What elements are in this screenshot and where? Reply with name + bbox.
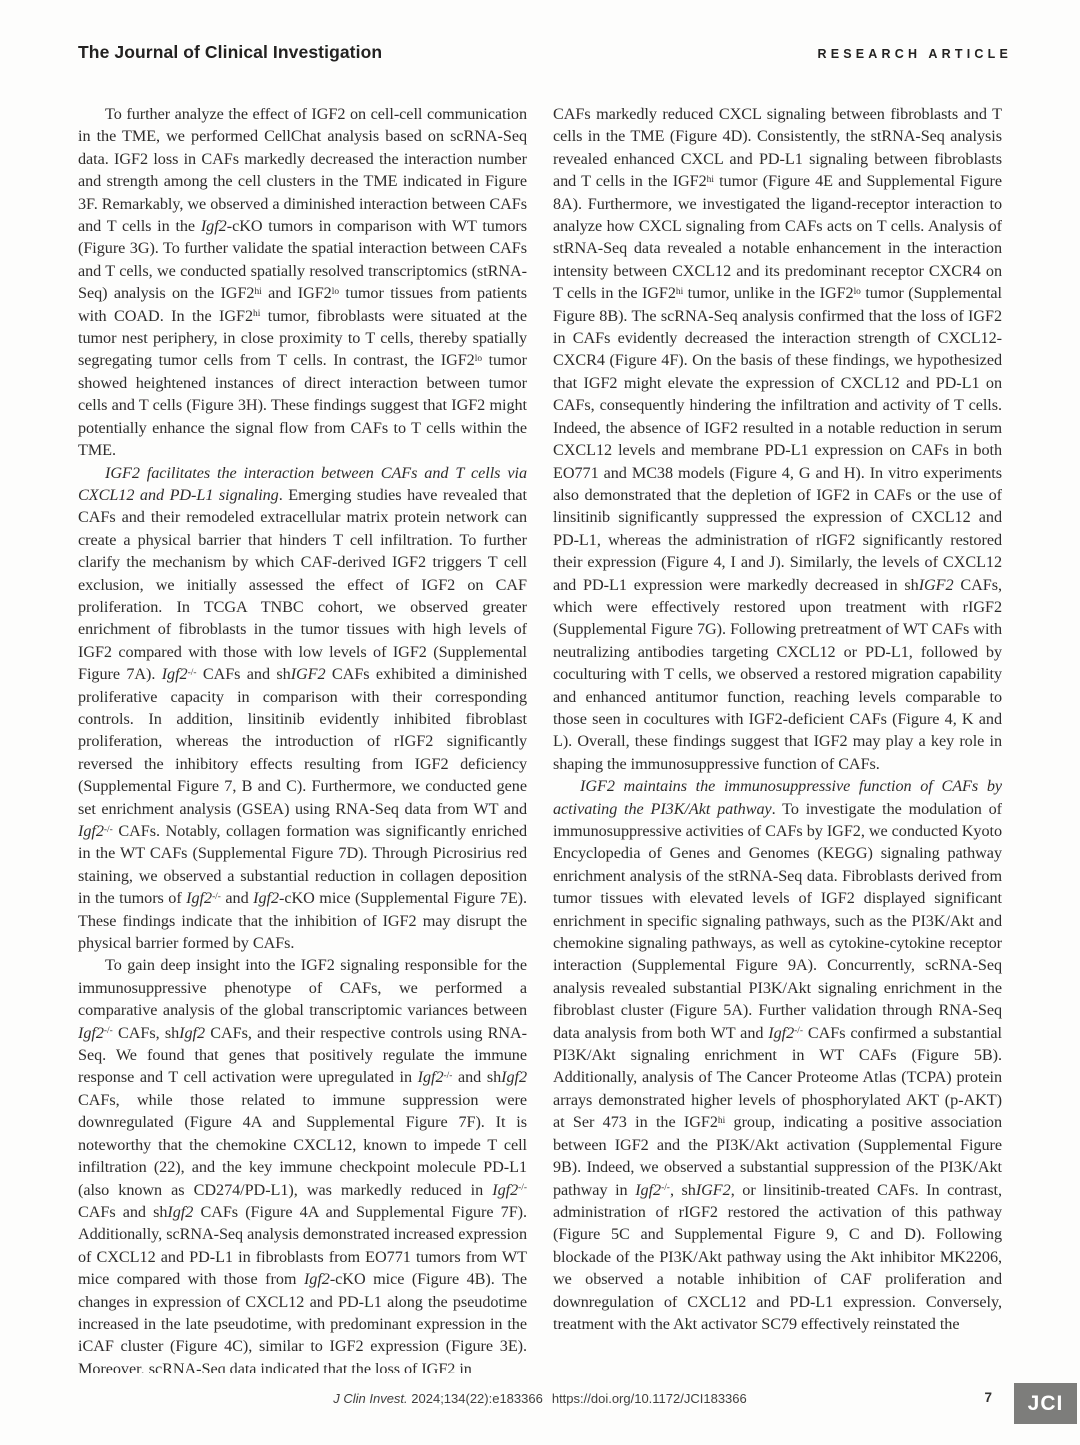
article-type-label: RESEARCH ARTICLE — [817, 47, 1012, 61]
footer-citation: J Clin Invest. 2024;134(22):e183366https… — [0, 1391, 1080, 1406]
right-column: CAFs markedly reduced CXCL signaling bet… — [553, 103, 1002, 1373]
paragraph: To gain deep insight into the IGF2 signa… — [78, 954, 527, 1373]
article-body: To further analyze the effect of IGF2 on… — [78, 103, 1002, 1373]
journal-title: The Journal of Clinical Investigation — [78, 42, 382, 63]
paragraph: To further analyze the effect of IGF2 on… — [78, 103, 527, 462]
citation-journal-name: J Clin Invest. — [333, 1391, 407, 1406]
jci-logo-text: JCI — [1028, 1392, 1064, 1416]
page-header: The Journal of Clinical Investigation RE… — [78, 42, 1012, 63]
paragraph: IGF2 maintains the immunosuppressive fun… — [553, 775, 1002, 1335]
citation-issue: 2024;134(22):e183366 — [408, 1391, 543, 1406]
jci-logo: JCI — [1014, 1383, 1077, 1424]
paragraph: CAFs markedly reduced CXCL signaling bet… — [553, 103, 1002, 775]
citation-doi-link[interactable]: https://doi.org/10.1172/JCI183366 — [552, 1391, 747, 1406]
page-number: 7 — [984, 1390, 992, 1405]
left-column: To further analyze the effect of IGF2 on… — [78, 103, 527, 1373]
journal-page: The Journal of Clinical Investigation RE… — [0, 0, 1080, 1445]
paragraph: IGF2 facilitates the interaction between… — [78, 462, 527, 955]
